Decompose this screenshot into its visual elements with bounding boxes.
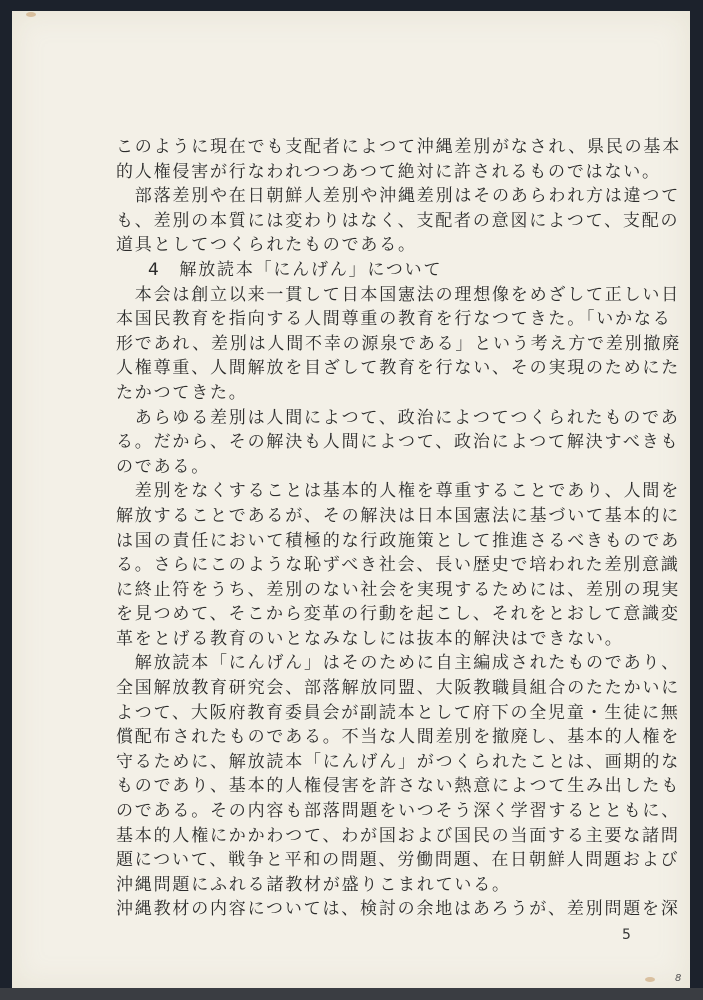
text-line: このように現在でも支配者によつて沖縄差別がなされ、県民の基本 <box>116 135 676 160</box>
text-line: 全国解放教育研究会、部落解放同盟、大阪教職員組合のたたかいに <box>116 676 676 701</box>
text-line: 道具としてつくられたものである。 <box>116 233 676 258</box>
text-line: 部落差別や在日朝鮮人差別や沖縄差別はそのあらわれ方は違つて <box>116 184 676 209</box>
text-line: 解放読本「にんげん」はそのために自主編成されたものであり、 <box>116 651 676 676</box>
body-text: このように現在でも支配者によつて沖縄差別がなされ、県民の基本的人権侵害が行なわれ… <box>116 135 676 922</box>
text-line: よつて、大阪府教育委員会が副読本として府下の全児童・生徒に無 <box>116 701 676 726</box>
text-line: 差別をなくすることは基本的人権を尊重することであり、人間を <box>116 479 676 504</box>
page-number: 5 <box>622 927 631 943</box>
text-line: 的人権侵害が行なわれつつあつて絶対に許されるものではない。 <box>116 160 676 185</box>
text-line: のである。 <box>116 455 676 480</box>
section-heading: 4 解放読本「にんげん」について <box>116 258 676 283</box>
paper-stain <box>26 12 36 17</box>
text-line: 本会は創立以来一貫して日本国憲法の理想像をめざして正しい日 <box>116 283 676 308</box>
text-line: 沖縄教材の内容については、検討の余地はあろうが、差別問題を深 <box>116 897 676 922</box>
paper-stain <box>645 977 655 982</box>
text-line: 守るために、解放読本「にんげん」がつくられたことは、画期的な <box>116 750 676 775</box>
text-line: 沖縄問題にふれる諸教材が盛りこまれている。 <box>116 873 676 898</box>
text-line: あらゆる差別は人間によつて、政治によつてつくられたものであ <box>116 406 676 431</box>
text-line: 革をとげる教育のいとなみなしには抜本的解決はできない。 <box>116 627 676 652</box>
text-line: 人権尊重、人間解放を目ざして教育を行ない、その実現のためにた <box>116 356 676 381</box>
text-line: 形であれ、差別は人間不幸の源泉である」という考え方で差別撤廃 <box>116 332 676 357</box>
text-line: 本国民教育を指向する人間尊重の教育を行なつてきた。「いかなる <box>116 307 676 332</box>
text-line: も、差別の本質には変わりはなく、支配者の意図によつて、支配の <box>116 209 676 234</box>
text-line: 基本的人権にかかわつて、わが国および国民の当面する主要な諸問 <box>116 824 676 849</box>
text-line: る。だから、その解決も人間によつて、政治によつて解決すべきも <box>116 430 676 455</box>
document-page: このように現在でも支配者によつて沖縄差別がなされ、県民の基本的人権侵害が行なわれ… <box>12 11 690 988</box>
text-line: に終止符をうち、差別のない社会を実現するためには、差別の現実 <box>116 578 676 603</box>
text-line: 解放することであるが、その解決は日本国憲法に基づいて基本的に <box>116 504 676 529</box>
text-line: を見つめて、そこから変革の行動を起こし、それをとおして意識変 <box>116 602 676 627</box>
scan-background-band <box>0 988 703 1000</box>
text-line: 償配布されたものである。不当な人間差別を撤廃し、基本的人権を <box>116 725 676 750</box>
text-line: たかつてきた。 <box>116 381 676 406</box>
text-line: る。さらにこのような恥ずべき社会、長い歴史で培われた差別意識 <box>116 553 676 578</box>
corner-mark: 8 <box>675 973 681 984</box>
text-line: は国の責任において積極的な行政施策として推進さるべきものであ <box>116 529 676 554</box>
text-line: 題について、戦争と平和の問題、労働問題、在日朝鮮人問題および <box>116 848 676 873</box>
text-line: ものであり、基本的人権侵害を許さない熱意によつて生み出したも <box>116 774 676 799</box>
text-line: のである。その内容も部落問題をいつそう深く学習するとともに、 <box>116 799 676 824</box>
